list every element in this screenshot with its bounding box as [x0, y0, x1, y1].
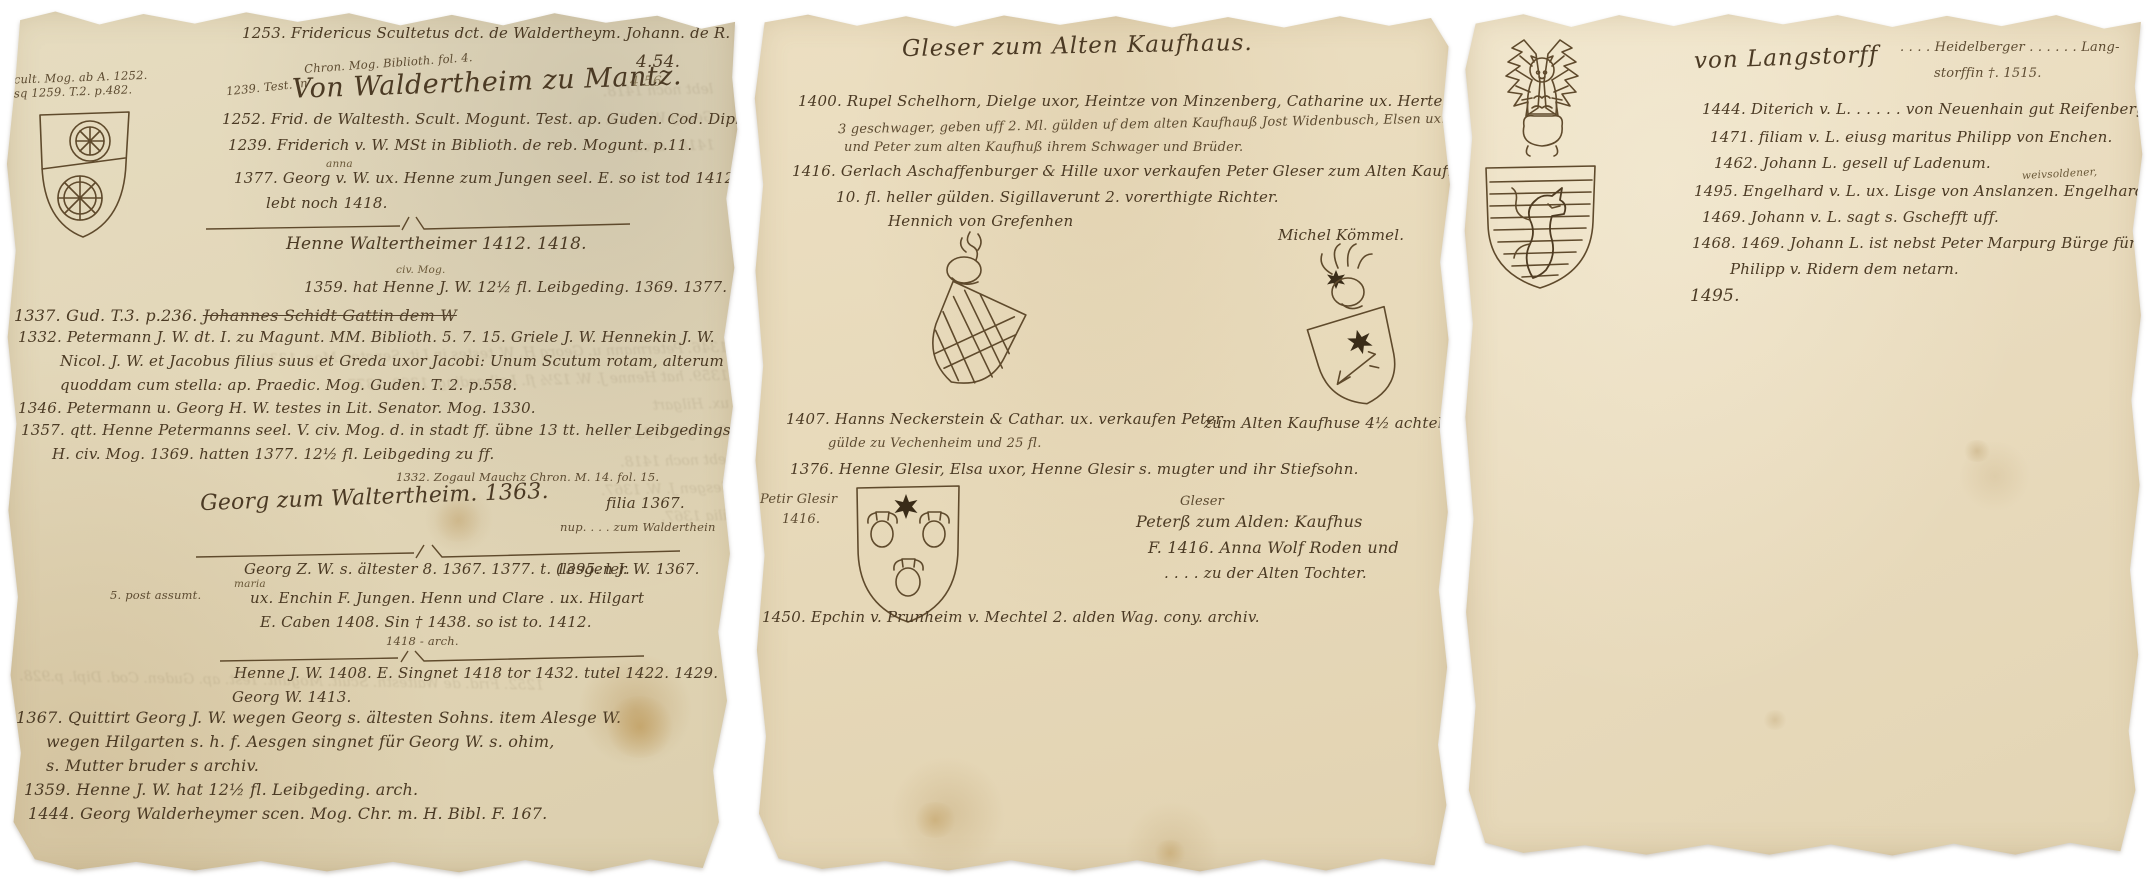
entry-1332: 1332. Petermann J. W. dt. I. zu Magunt. …: [18, 328, 715, 347]
descent-bracket: [204, 216, 634, 232]
paper-stain: [912, 802, 958, 838]
page-von-langstorff: von Langstorff . . . . Heidelberger . . …: [1462, 10, 2145, 858]
page-von-waldertheim: 1346. Petermann u. Georg H. W. testes in…: [4, 8, 738, 874]
jug-left: [868, 512, 897, 547]
page-von-langstorff-wrap: von Langstorff . . . . Heidelberger . . …: [1462, 10, 2145, 858]
entry-1357b: H. civ. Mog. 1369. hatten 1377. 12½ fl. …: [52, 445, 494, 464]
family-gleser-title: Gleser: [1180, 494, 1224, 510]
tree-hilgart-line: ux. Hilgart: [560, 589, 644, 608]
family-line-anna: F. 1416. Anna Wolf Roden und: [1148, 538, 1399, 558]
entry-1462: 1462. Johann L. gesell uf Ladenum.: [1714, 154, 1991, 173]
title-note-heidelberger: . . . . Heidelberger . . . . . . Lang-: [1900, 40, 2120, 56]
jug-bottom: [894, 559, 923, 596]
paper-stain: [1762, 710, 1788, 730]
family-line-tochter: . . . . zu der Alten Tochter.: [1164, 564, 1367, 583]
jug-right: [920, 512, 949, 547]
tree-arch-note: 1418 - arch.: [386, 634, 459, 648]
entry-1450: 1450. Epchin v. Prunheim v. Mechtel 2. a…: [762, 608, 1260, 627]
descent-bracket: [218, 650, 648, 664]
crest-winged-lion-icon: [1472, 22, 1612, 182]
entry-1444: 1444. Diterich v. L. . . . . . von Neuen…: [1702, 100, 2149, 119]
entry-1359: 1359. hat Henne J. W. 12½ fl. Leibgeding…: [304, 278, 727, 297]
georg-heading: Georg zum Waltertheim. 1363.: [200, 478, 550, 518]
entry-1469: 1469. Johann v. L. sagt s. Gschefft uff.: [1702, 208, 1999, 227]
tree-margin-note: 5. post assumt.: [110, 588, 201, 602]
entry-1337-struck: Johannes Schidt Gattin dem W: [203, 306, 457, 325]
entry-1239: 1239. Friderich v. W. MSt in Biblioth. d…: [228, 136, 692, 155]
superscript-civ-mog: civ. Mog.: [396, 264, 446, 277]
entry-1468a: 1468. 1469. Johann L. ist nebst Peter Ma…: [1692, 234, 2149, 253]
entry-1253: 1253. Fridericus Scultetus dct. de Walde…: [242, 24, 722, 43]
entry-1367-q2: wegen Hilgarten s. h. f. Aesgen singnet …: [46, 732, 555, 752]
entry-1357: 1357. qtt. Henne Petermanns seel. V. civ…: [21, 421, 736, 440]
paper-stain: [1962, 440, 1992, 462]
entry-1346: 1346. Petermann u. Georg H. W. testes in…: [18, 399, 536, 418]
page-gleser: Gleser zum Alten Kaufhaus. 1400. Rupel S…: [752, 12, 1452, 874]
entry-1407a: 1407. Hanns Neckerstein & Cathar. ux. ve…: [786, 410, 1223, 429]
tree-caben-line: E. Caben 1408. Sin † 1438. so ist to. 14…: [260, 613, 592, 632]
tree-lesgen-line: (lesgen J. W. 1367.: [556, 560, 700, 579]
entry-1377b: lebt noch 1418.: [266, 194, 388, 213]
shield-label-petir-glesir: Petir Glesir: [760, 492, 837, 508]
entry-1367-q1: 1367. Quittirt Georg J. W. wegen Georg s…: [16, 708, 621, 728]
family-line-peterss: Peterß zum Alden: Kaufhus: [1136, 512, 1363, 532]
entry-1468b: Philipp v. Ridern dem netarn.: [1730, 260, 1959, 279]
entry-nicol-2: quoddam cum stella: ap. Praedic. Mog. Gu…: [60, 376, 517, 395]
entry-1407c: gülde zu Vechenheim und 25 fl.: [828, 436, 1042, 452]
shield-rampant-lion-icon: [1478, 160, 1603, 295]
paper-stain: [1152, 840, 1188, 866]
crest-koemmel-icon: [1272, 240, 1432, 430]
entry-1444: 1444. Georg Walderheymer scen. Mog. Chr.…: [28, 804, 547, 824]
page-title: Gleser zum Alten Kaufhaus.: [902, 29, 1253, 64]
henne-heading: Henne Waltertheimer 1412. 1418.: [286, 234, 587, 255]
entry-1407b: zum Alten Kaufhuse 4½ achtel Korn: [1204, 414, 1485, 433]
superscript-weivsoldener: weivsoldener,: [2022, 166, 2098, 183]
entry-1400c: und Peter zum alten Kaufhuß ihrem Schwag…: [844, 140, 1243, 156]
entry-1376: 1376. Henne Glesir, Elsa uxor, Henne Gle…: [790, 460, 1359, 479]
entry-nicol-1: Nicol. J. W. et Jacobus filius suus et G…: [60, 352, 724, 371]
title-note-storffin: storffin †. 1515.: [1934, 66, 2042, 82]
entry-1337: 1337. Gud. T.3. p.236.: [14, 306, 198, 325]
entry-georg-1413: Georg W. 1413.: [232, 688, 352, 707]
coat-of-arms-two-wheels-icon: [32, 106, 136, 246]
entry-1416b: 10. fl. heller gülden. Sigillaverunt 2. …: [836, 188, 1279, 207]
entry-1495: 1495. Engelhard v. L. ux. Lisge von Ansl…: [1694, 182, 2149, 201]
shield-label-year: 1416.: [782, 512, 820, 528]
page-von-waldertheim-wrap: 1346. Petermann u. Georg H. W. testes in…: [4, 8, 738, 874]
filia-note: filia 1367.: [606, 494, 685, 513]
entry-1367-q3: s. Mutter bruder s archiv.: [46, 756, 259, 776]
page-title: von Langstorff: [1694, 41, 1879, 76]
descent-bracket: [194, 544, 684, 560]
entry-1400b: 3 geschwager, geben uff 2. Ml. gülden uf…: [838, 112, 1446, 139]
margin-note: Scult. Mog. ab A. 1252. usq 1259. T.2. p…: [6, 67, 167, 101]
nup-note: nup. . . . zum Walderthein: [560, 520, 716, 534]
entry-1252: 1252. Frid. de Waltesth. Scult. Mogunt. …: [222, 110, 799, 129]
entry-1495b: 1495.: [1690, 286, 1740, 307]
entry-1400a: 1400. Rupel Schelhorn, Dielge uxor, Hein…: [798, 92, 1533, 111]
entry-1359b: 1359. Henne J. W. hat 12½ fl. Leibgeding…: [24, 780, 418, 800]
entry-1471: 1471. filiam v. L. eiusg maritus Philipp…: [1710, 128, 2112, 147]
tree-enchin-line: ux. Enchin F. Jungen. Henn und Clare . .…: [250, 589, 574, 608]
scanned-manuscript: 1346. Petermann u. Georg H. W. testes in…: [0, 0, 2149, 882]
crest-grefenhen-icon: [886, 226, 1056, 406]
page-gleser-wrap: Gleser zum Alten Kaufhaus. 1400. Rupel S…: [752, 12, 1452, 874]
